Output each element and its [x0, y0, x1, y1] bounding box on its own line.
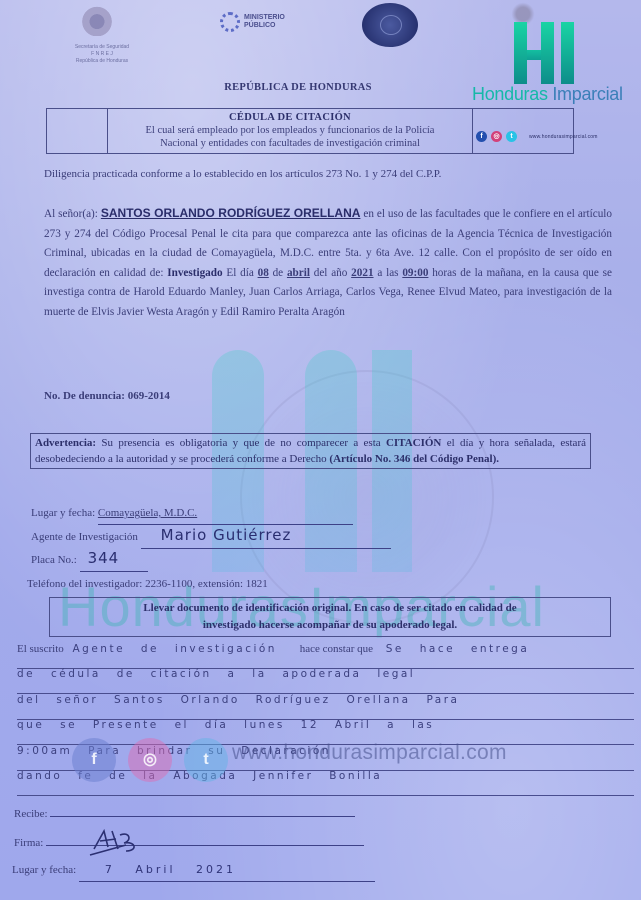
- recibe-field: Recibe:: [14, 805, 355, 825]
- signature-scribble: [86, 827, 146, 857]
- calidad-value: Investigado: [167, 267, 222, 279]
- placa-handwritten: 344: [88, 549, 120, 567]
- mp-ring-icon: [220, 12, 240, 32]
- coat-caption: Secretaría de Seguridad F N R E J Repúbl…: [52, 44, 152, 65]
- watermark-url: www.hondurasimparcial.com: [232, 741, 507, 765]
- social-links: f ◎ t www.hondurasimparcial.com: [476, 131, 598, 142]
- agente-handwritten: Mario Gutiérrez: [161, 526, 292, 544]
- country-title: REPÚBLICA DE HONDURAS: [0, 82, 641, 93]
- day-value: 08: [258, 267, 269, 279]
- agente-field: Agente de Investigación Mario Gutiérrez: [31, 526, 391, 549]
- citation-paragraph: Al señor(a): SANTOS ORLANDO RODRÍGUEZ OR…: [44, 204, 612, 322]
- year-value: 2021: [351, 267, 373, 279]
- honduras-imparcial-logo: [514, 22, 574, 84]
- ruled-line-3: del señor Santos Orlando Rodríguez Orell…: [17, 694, 634, 720]
- placa-field: Placa No.: 344: [31, 549, 148, 572]
- watermark-instagram-icon: ◎: [128, 738, 172, 782]
- watermark-facebook-icon: f: [72, 738, 116, 782]
- firma-field: Firma:: [14, 834, 364, 854]
- hour-value: 09:00: [402, 267, 428, 279]
- id-notice-box: Llevar documento de identificación origi…: [49, 597, 611, 637]
- atic-seal-logo: [362, 3, 418, 47]
- facebook-icon[interactable]: f: [476, 131, 487, 142]
- document-title: CÉDULA DE CITACIÓN: [108, 111, 472, 124]
- instagram-icon[interactable]: ◎: [491, 131, 502, 142]
- honduras-coat-of-arms-logo: [80, 4, 114, 36]
- denuncia-number: No. De denuncia: 069-2014: [44, 387, 170, 407]
- site-url[interactable]: www.hondurasimparcial.com: [529, 134, 598, 140]
- ruled-line-2: de cédula de citación a la apoderada leg…: [17, 668, 634, 694]
- telefono-field: Teléfono del investigador: 2236-1100, ex…: [27, 575, 268, 595]
- watermark-twitter-icon: t: [184, 738, 228, 782]
- ruled-line-1: El suscrito Agente de investigación hace…: [17, 643, 634, 669]
- cited-person-name: SANTOS ORLANDO RODRÍGUEZ ORELLANA: [101, 206, 361, 220]
- lugar-fecha-field: Lugar y fecha: Comayagüela, M.D.C.: [31, 504, 353, 525]
- warning-box: Advertencia: Su presencia es obligatoria…: [30, 433, 591, 469]
- month-value: abril: [287, 267, 310, 279]
- ministerio-publico-logo: MINISTERIO PÚBLICO: [220, 12, 285, 32]
- twitter-icon[interactable]: t: [506, 131, 517, 142]
- lugar-fecha-footer-field: Lugar y fecha: 7 Abril 2021: [12, 860, 375, 882]
- diligencia-text: Diligencia practicada conforme a lo esta…: [44, 165, 441, 185]
